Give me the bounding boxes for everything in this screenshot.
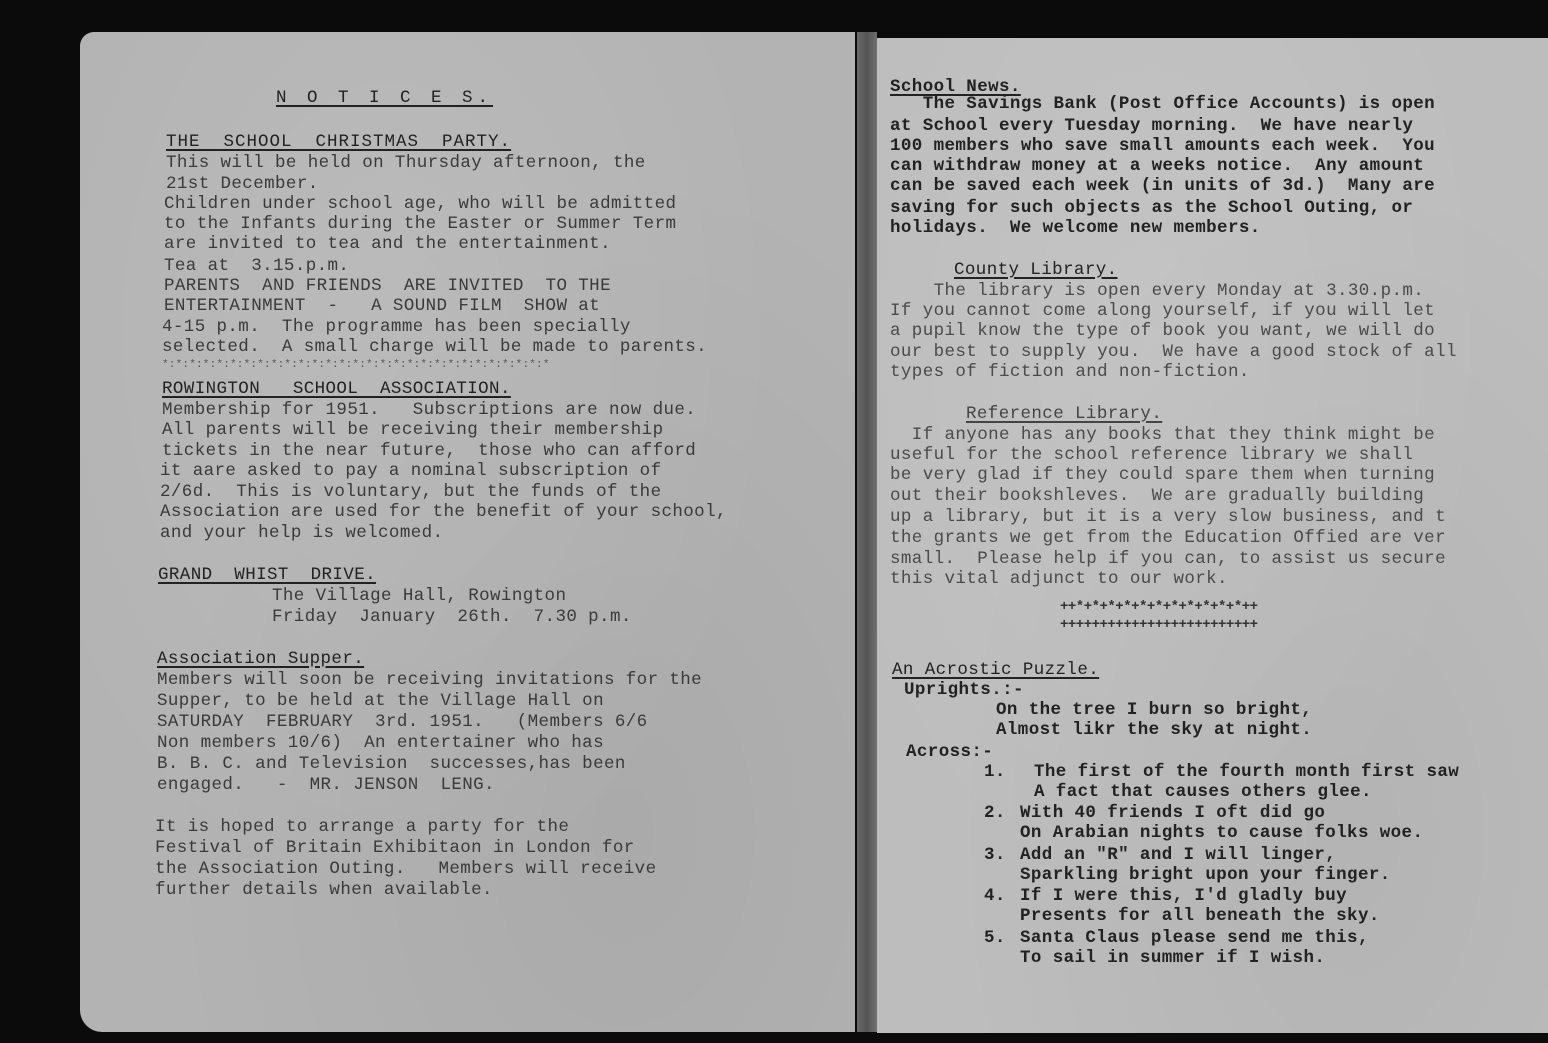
clue-number: 4. [984,886,1006,906]
school-news-line: can withdraw money at a weeks notice. An… [890,156,1424,176]
county-library-line: our best to supply you. We have a good s… [890,342,1457,362]
association-line: Membership for 1951. Subscriptions are n… [162,400,696,420]
festival-line: the Association Outing. Members will rec… [155,859,656,879]
clue-line: The first of the fourth month first saw [1034,762,1459,782]
christmas-line: PARENTS AND FRIENDS ARE INVITED TO THE [164,276,611,296]
clue-number: 2. [984,803,1006,823]
county-library-line: a pupil know the type of book you want, … [890,321,1435,341]
clue-line: On Arabian nights to cause folks woe. [1020,823,1423,843]
christmas-line: ENTERTAINMENT - A SOUND FILM SHOW at [164,296,600,316]
reference-library-line: the grants we get from the Education Off… [890,528,1446,548]
association-line: All parents will be receiving their memb… [162,420,663,440]
festival-line: further details when available. [155,880,493,900]
whist-line: Friday January 26th. 7.30 p.m. [272,607,632,627]
clue-line: To sail in summer if I wish. [1020,948,1325,968]
association-line: and your help is welcomed. [160,523,443,543]
separator-stars: *:*:*:*:*:*:*:*:*:*:*:*:*:*:*:*:*:*:*:*:… [162,359,550,371]
county-library-line: If you cannot come along yourself, if yo… [890,301,1435,321]
clue-line: A fact that causes others glee. [1034,782,1372,802]
clue-number: 3. [984,845,1006,865]
christmas-line: selected. A small charge will be made to… [162,337,707,357]
school-news-line: 100 members who save small amounts each … [890,136,1435,156]
festival-line: It is hoped to arrange a party for the [155,817,569,837]
whist-line: The Village Hall, Rowington [272,586,566,606]
christmas-line: This will be held on Thursday afternoon,… [166,153,646,173]
school-news-line: saving for such objects as the School Ou… [890,198,1413,218]
association-line: 2/6d. This is voluntary, but the funds o… [160,482,661,502]
county-library-heading: County Library. [954,260,1118,280]
festival-line: Festival of Britain Exhibitaon in London… [155,838,635,858]
reference-library-line: If anyone has any books that they think … [890,425,1435,445]
clue-line: Santa Claus please send me this, [1020,928,1369,948]
clue-number: 5. [984,928,1006,948]
reference-library-line: small. Please help if you can, to assist… [890,549,1446,569]
uprights-label: Uprights.:- [904,680,1024,700]
christmas-line: are invited to tea and the entertainment… [164,234,611,254]
county-library-line: types of fiction and non-fiction. [890,362,1250,382]
christmas-line: Tea at 3.15.p.m. [164,256,349,276]
association-line: tickets in the near future, those who ca… [162,441,696,461]
christmas-line: 4-15 p.m. The programme has been special… [162,317,631,337]
supper-line: SATURDAY FEBRUARY 3rd. 1951. (Members 6/… [157,712,648,732]
reference-library-line: out their bookshleves. We are gradually … [890,486,1424,506]
christmas-line: Children under school age, who will be a… [164,194,676,214]
supper-line: Members will soon be receiving invitatio… [157,670,702,690]
uprights-line: On the tree I burn so bright, [996,700,1312,720]
association-heading: ROWINGTON SCHOOL ASSOCIATION. [162,379,511,399]
clue-line: Presents for all beneath the sky. [1020,906,1380,926]
school-news-line: can be saved each week (in units of 3d.)… [890,176,1435,196]
across-label: Across:- [906,742,993,762]
reference-library-line: this vital adjunct to our work. [890,569,1228,589]
school-news-line: at School every Tuesday morning. We have… [890,116,1413,136]
christmas-line: to the Infants during the Easter or Summ… [164,214,676,234]
school-news-line: The Savings Bank (Post Office Accounts) … [890,94,1435,114]
supper-heading: Association Supper. [157,649,364,669]
clue-line: If I were this, I'd gladly buy [1020,886,1347,906]
uprights-line: Almost likr the sky at night. [996,720,1312,740]
christmas-line: 21st December. [166,174,319,194]
reference-library-line: useful for the school reference library … [890,445,1413,465]
supper-line: Supper, to be held at the Village Hall o… [157,691,604,711]
clue-number: 1. [984,762,1006,782]
county-library-line: The library is open every Monday at 3.30… [890,281,1424,301]
clue-line: Sparkling bright upon your finger. [1020,865,1391,885]
christmas-party-heading: THE SCHOOL CHRISTMAS PARTY. [166,132,511,152]
supper-line: engaged. - MR. JENSON LENG. [157,775,495,795]
school-news-line: holidays. We welcome new members. [890,218,1261,238]
association-line: it aare asked to pay a nominal subscript… [160,461,661,481]
supper-line: B. B. C. and Television successes,has be… [157,754,626,774]
notices-title: N O T I C E S. [276,88,493,108]
book-spine [857,32,877,1032]
puzzle-heading: An Acrostic Puzzle. [892,660,1099,680]
association-line: Association are used for the benefit of … [160,502,727,522]
reference-library-heading: Reference Library. [966,404,1162,424]
reference-library-line: be very glad if they could spare them wh… [890,465,1435,485]
supper-line: Non members 10/6) An entertainer who has [157,733,604,753]
clue-line: Add an "R" and I will linger, [1020,845,1336,865]
clue-line: With 40 friends I oft did go [1020,803,1325,823]
reference-library-line: up a library, but it is a very slow busi… [890,507,1446,527]
separator-row-2: +++++++++++++++++++++++++ [1060,618,1258,632]
separator-row-1: ++*+*+*+*+*+*+*+*+*+*+*++ [1060,600,1258,614]
whist-drive-heading: GRAND WHIST DRIVE. [158,565,376,585]
